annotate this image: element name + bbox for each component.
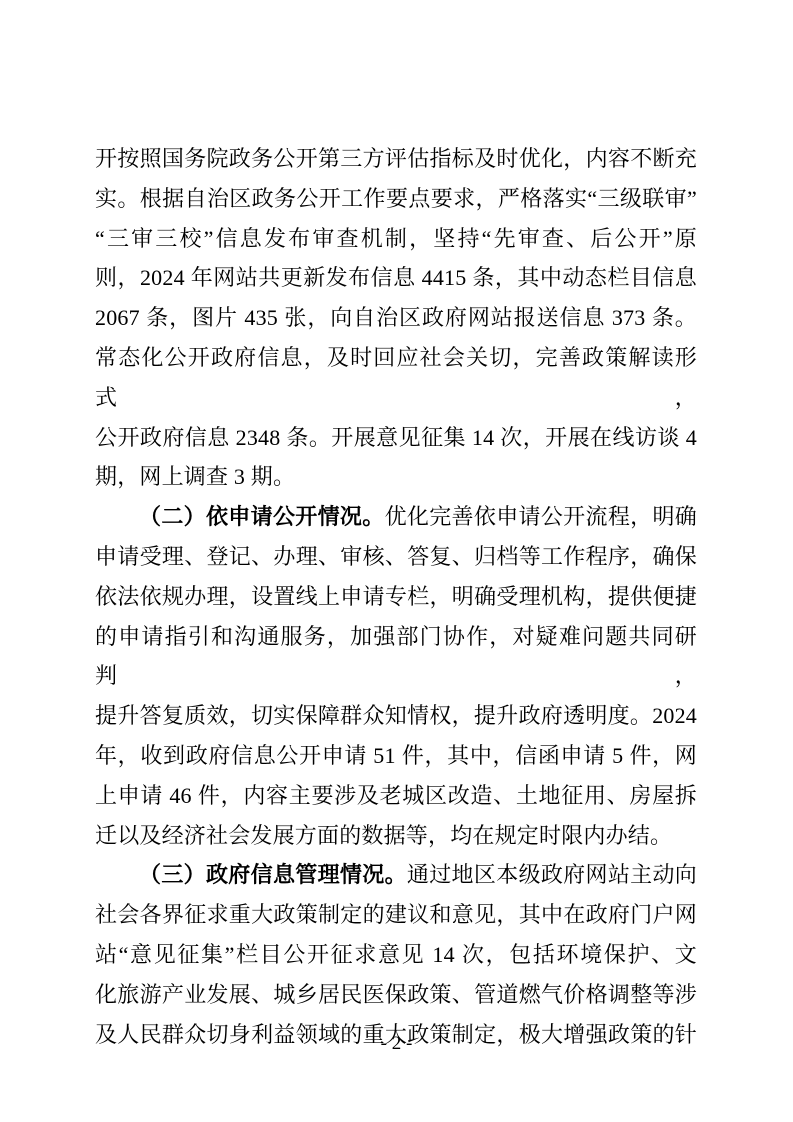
text-line: 上申请 46 件，内容主要涉及老城区改造、土地征用、房屋拆 <box>95 776 697 816</box>
text-run: 通过地区本级政府网站主动向 <box>407 862 697 887</box>
text-line: 期，网上调查 3 期。 <box>95 457 697 497</box>
text-line: 则，2024 年网站共更新发布信息 4415 条，其中动态栏目信息 <box>95 258 697 298</box>
text-line: 的申请指引和沟通服务，加强部门协作，对疑难问题共同研判， <box>95 617 697 697</box>
paragraph-information-management: （三）政府信息管理情况。通过地区本级政府网站主动向 社会各界征求重大政策制定的建… <box>95 855 697 1054</box>
text-line: 站“意见征集”栏目公开征求意见 14 次，包括环境保护、文 <box>95 935 697 975</box>
text-line: 迁以及经济社会发展方面的数据等，均在规定时限内办结。 <box>95 816 697 856</box>
text-line: 社会各界征求重大政策制定的建议和意见，其中在政府门户网 <box>95 895 697 935</box>
text-line: “三审三校”信息发布审查机制，坚持“先审查、后公开”原 <box>95 219 697 259</box>
text-line: 开按照国务院政务公开第三方评估指标及时优化，内容不断充 <box>95 139 697 179</box>
text-line: 申请受理、登记、办理、审核、答复、归档等工作程序，确保 <box>95 537 697 577</box>
text-line: 年，收到政府信息公开申请 51 件，其中，信函申请 5 件，网 <box>95 736 697 776</box>
text-line: （三）政府信息管理情况。通过地区本级政府网站主动向 <box>95 855 697 895</box>
paragraph-website-publication: 开按照国务院政务公开第三方评估指标及时优化，内容不断充 实。根据自治区政务公开工… <box>95 139 697 497</box>
paragraph-disclosure-upon-request: （二）依申请公开情况。优化完善依申请公开流程，明确 申请受理、登记、办理、审核、… <box>95 497 697 855</box>
text-run: 优化完善依申请公开流程，明确 <box>385 504 697 529</box>
text-line: 提升答复质效，切实保障群众知情权，提升政府透明度。2024 <box>95 696 697 736</box>
text-line: 2067 条，图片 435 张，向自治区政府网站报送信息 373 条。 <box>95 298 697 338</box>
page-number: - 2 - <box>0 1033 793 1055</box>
text-line: （二）依申请公开情况。优化完善依申请公开流程，明确 <box>95 497 697 537</box>
text-line: 实。根据自治区政务公开工作要点要求，严格落实“三级联审” <box>95 179 697 219</box>
document-body: 开按照国务院政务公开第三方评估指标及时优化，内容不断充 实。根据自治区政务公开工… <box>95 139 697 1054</box>
text-line: 依法依规办理，设置线上申请专栏，明确受理机构，提供便捷 <box>95 577 697 617</box>
section-heading: （二）依申请公开情况。 <box>139 504 385 529</box>
text-line: 常态化公开政府信息，及时回应社会关切，完善政策解读形式， <box>95 338 697 418</box>
document-page: 开按照国务院政务公开第三方评估指标及时优化，内容不断充 实。根据自治区政务公开工… <box>0 0 793 1122</box>
text-line: 公开政府信息 2348 条。开展意见征集 14 次，开展在线访谈 4 <box>95 418 697 458</box>
text-line: 化旅游产业发展、城乡居民医保政策、管道燃气价格调整等涉 <box>95 975 697 1015</box>
section-heading: （三）政府信息管理情况。 <box>139 862 407 887</box>
